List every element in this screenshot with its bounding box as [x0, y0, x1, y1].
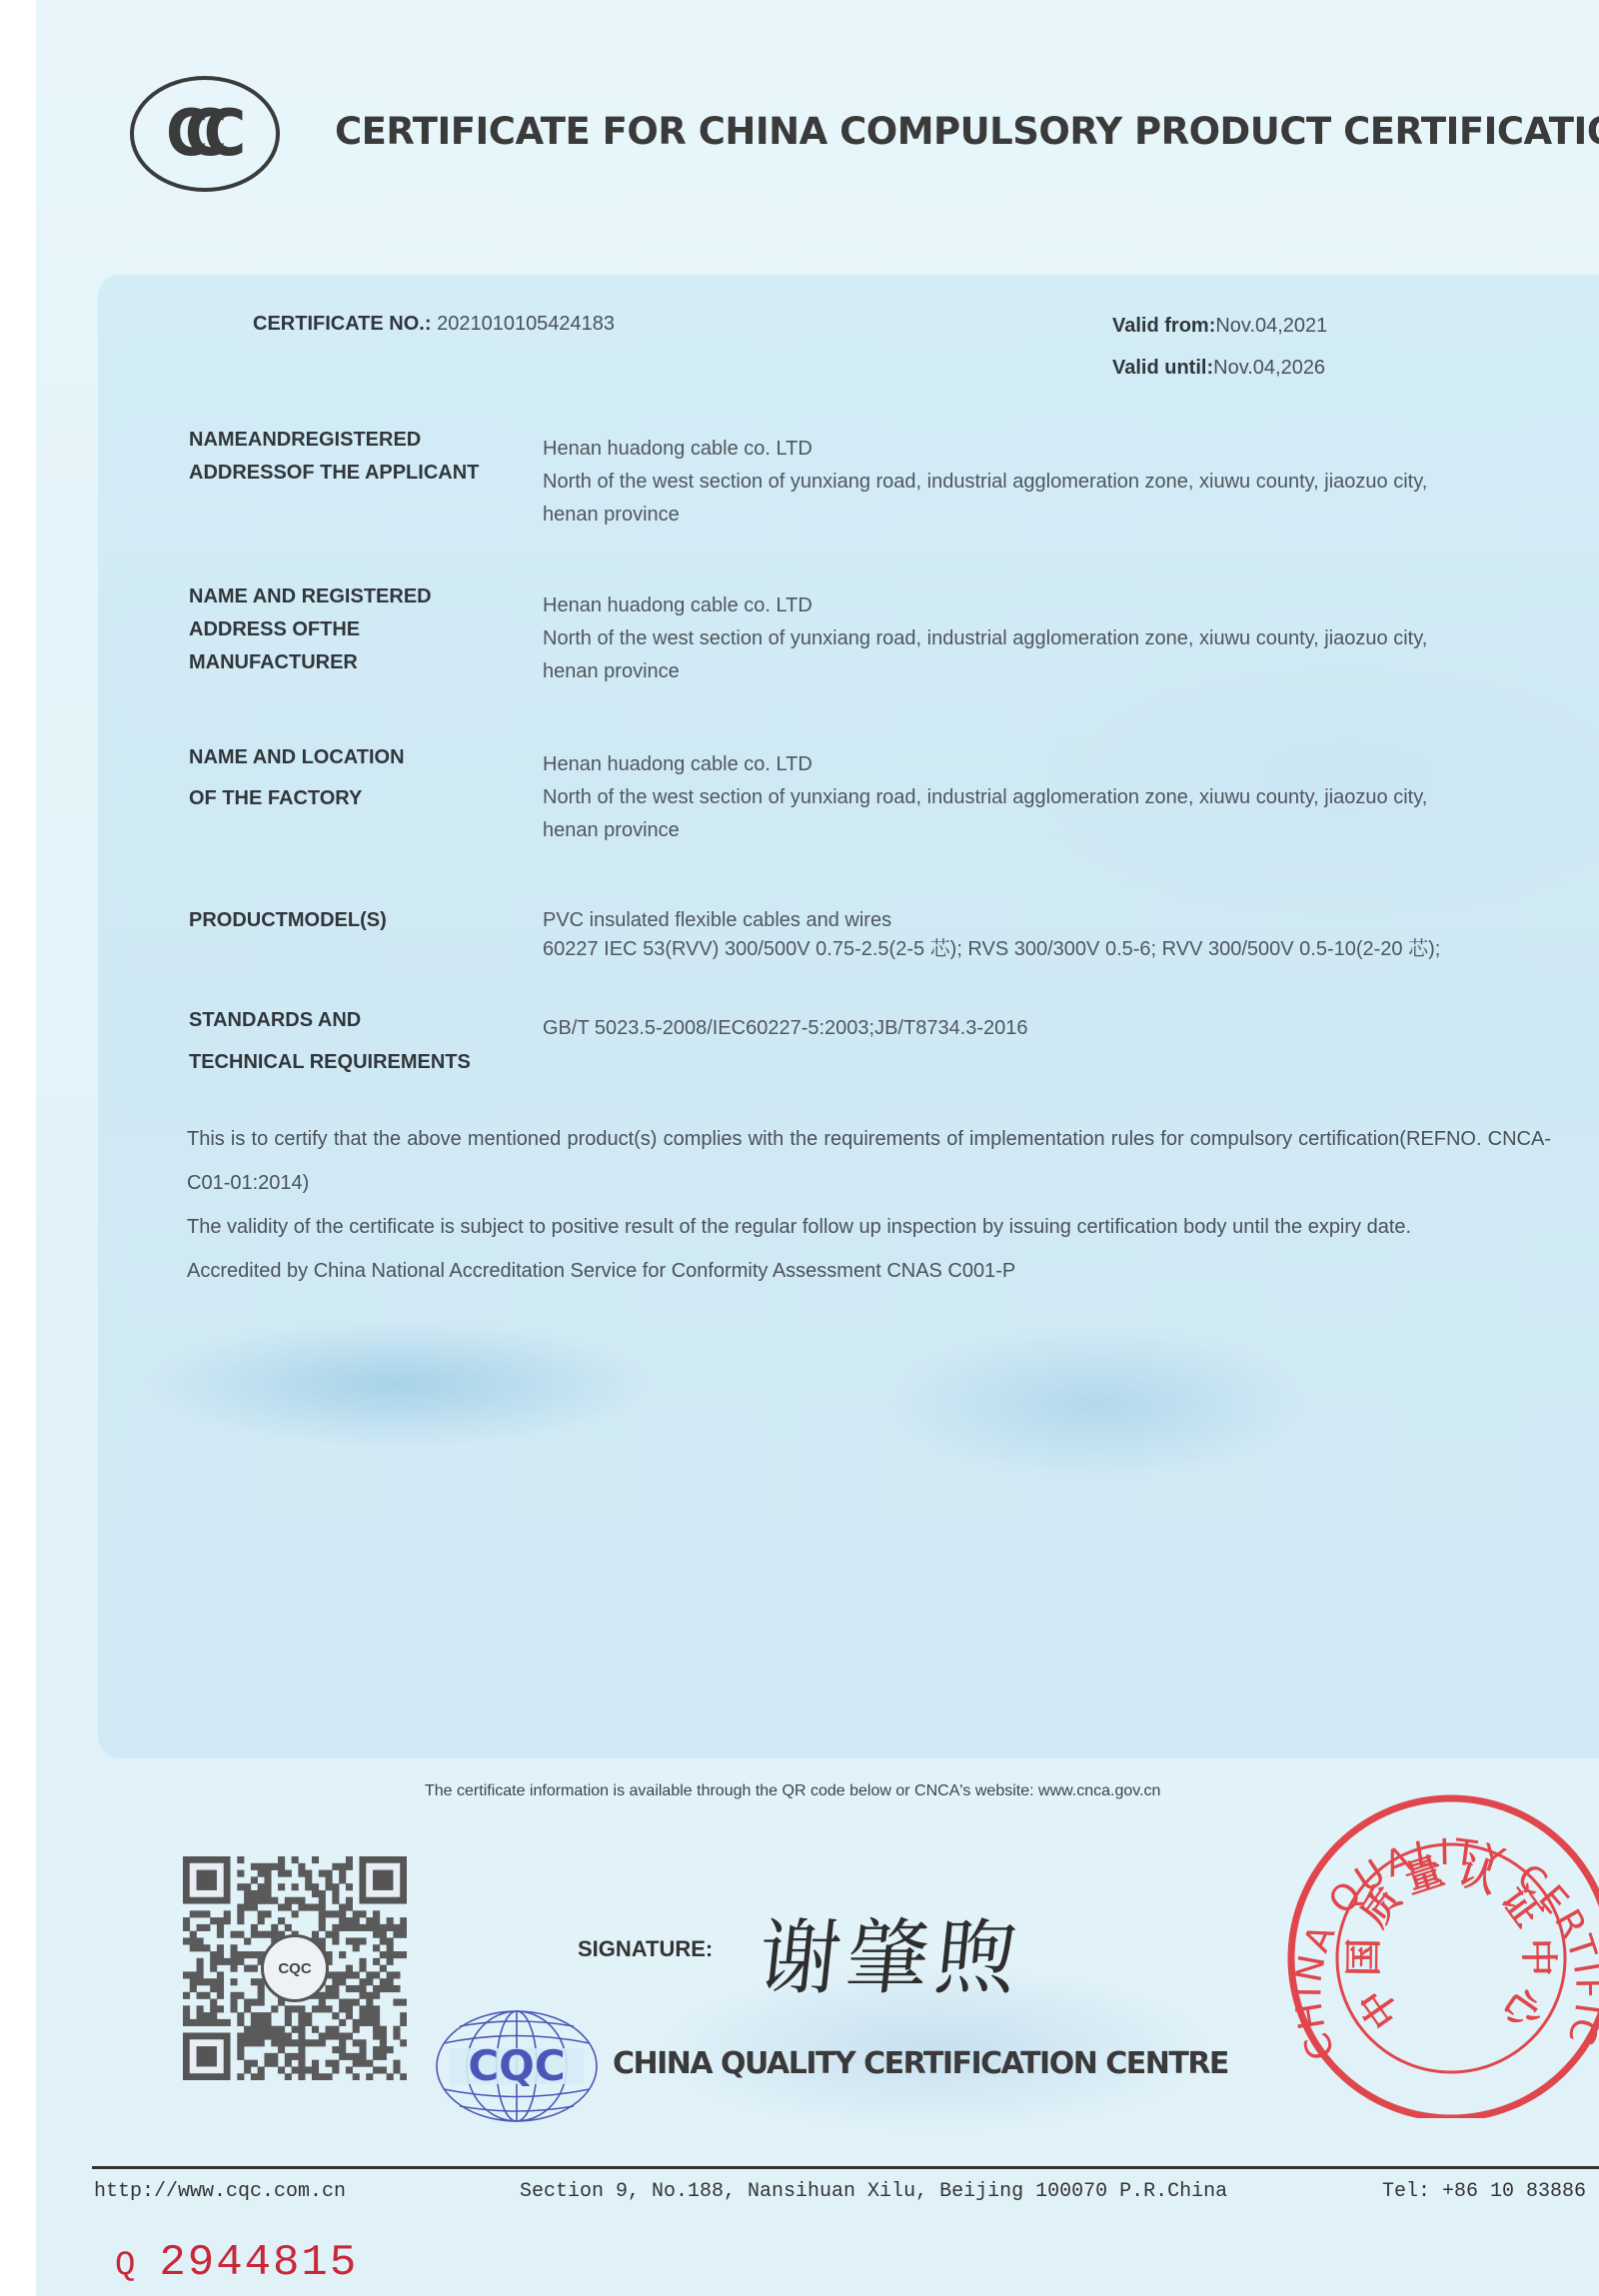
manufacturer-label: NAME AND REGISTERED ADDRESS OFTHE MANUFA… — [189, 580, 432, 679]
footer-address: Section 9, No.188, Nansihuan Xilu, Beiji… — [520, 2180, 1227, 2203]
certificate-number-value: 2021010105424183 — [437, 313, 615, 335]
applicant-label: NAMEANDREGISTERED ADDRESSOF THE APPLICAN… — [189, 424, 479, 490]
svg-text:国: 国 — [1340, 1938, 1385, 1977]
serial-prefix: Q — [115, 2247, 137, 2285]
applicant-name: Henan huadong cable co. LTD — [543, 433, 1572, 466]
product-models-value: PVC insulated flexible cables and wires … — [543, 906, 1572, 964]
serial-number: Q2944815 — [115, 2238, 358, 2288]
manufacturer-name: Henan huadong cable co. LTD — [543, 589, 1572, 622]
accreditation-statement: Accredited by China National Accreditati… — [187, 1249, 1551, 1293]
handwritten-signature: 谢肇煦 — [754, 1893, 1029, 2010]
certify-statement: This is to certify that the above mentio… — [187, 1117, 1551, 1205]
standards-value: GB/T 5023.5-2008/IEC60227-5:2003;JB/T873… — [543, 1012, 1572, 1045]
svg-text:质: 质 — [1351, 1877, 1410, 1934]
manufacturer-address-cont: henan province — [543, 655, 1572, 688]
ccc-logo-icon: CCC — [130, 76, 280, 192]
manufacturer-value: Henan huadong cable co. LTD North of the… — [543, 589, 1572, 688]
svg-text:心: 心 — [1493, 1980, 1553, 2039]
validity-statement: The validity of the certificate is subje… — [187, 1205, 1551, 1249]
qr-code[interactable]: CQC — [183, 1856, 407, 2080]
valid-from-label: Valid from: — [1112, 315, 1215, 337]
label-line: NAMEANDREGISTERED — [189, 424, 479, 457]
label-line: ADDRESSOF THE APPLICANT — [189, 457, 479, 490]
valid-from: Valid from:Nov.04,2021 — [1112, 315, 1327, 338]
valid-until-value: Nov.04,2026 — [1213, 357, 1325, 379]
product-models: 60227 IEC 53(RVV) 300/500V 0.75-2.5(2-5 … — [543, 935, 1572, 964]
certificate-title: CERTIFICATE FOR CHINA COMPULSORY PRODUCT… — [335, 110, 1599, 153]
standards-label: STANDARDS AND TECHNICAL REQUIREMENTS — [189, 999, 471, 1083]
footer-divider — [92, 2166, 1599, 2169]
factory-address: North of the west section of yunxiang ro… — [543, 781, 1572, 814]
svg-text:CQC: CQC — [468, 2041, 565, 2090]
verification-info: The certificate information is available… — [425, 1782, 1160, 1800]
label-line: NAME AND REGISTERED — [189, 580, 432, 613]
svg-text:中: 中 — [1350, 1980, 1409, 2037]
footer-telephone: Tel: +86 10 83886 — [1382, 2180, 1586, 2203]
certificate-number-label: CERTIFICATE NO.: — [253, 313, 432, 335]
label-line: TECHNICAL REQUIREMENTS — [189, 1041, 471, 1083]
issuer-name: CHINA QUALITY CERTIFICATION CENTRE — [613, 2046, 1228, 2081]
cqc-globe-logo-icon: CQC — [432, 2008, 602, 2124]
factory-name: Henan huadong cable co. LTD — [543, 748, 1572, 781]
factory-label: NAME AND LOCATION OF THE FACTORY — [189, 737, 405, 819]
official-red-seal-icon: CHINA QUALITY CERTIFICATION CENTRE 中国质量认… — [1261, 1788, 1599, 2118]
statements: This is to certify that the above mentio… — [187, 1117, 1551, 1293]
svg-text:中: 中 — [1516, 1938, 1561, 1977]
applicant-address: North of the west section of yunxiang ro… — [543, 466, 1572, 499]
manufacturer-address: North of the west section of yunxiang ro… — [543, 622, 1572, 655]
applicant-value: Henan huadong cable co. LTD North of the… — [543, 433, 1572, 532]
label-line: ADDRESS OFTHE — [189, 613, 432, 646]
applicant-address-cont: henan province — [543, 499, 1572, 532]
label-line: OF THE FACTORY — [189, 778, 405, 819]
label-line: STANDARDS AND — [189, 999, 471, 1041]
valid-until-label: Valid until: — [1112, 357, 1213, 379]
certificate-number: CERTIFICATE NO.: 2021010105424183 — [253, 313, 615, 336]
standards-list: GB/T 5023.5-2008/IEC60227-5:2003;JB/T873… — [543, 1012, 1572, 1045]
product-models-label: PRODUCTMODEL(S) — [189, 904, 387, 937]
serial-value: 2944815 — [159, 2238, 358, 2288]
signature-label: SIGNATURE: — [578, 1936, 713, 1962]
valid-until: Valid until:Nov.04,2026 — [1112, 357, 1325, 380]
factory-address-cont: henan province — [543, 814, 1572, 847]
footer-website[interactable]: http://www.cqc.com.cn — [94, 2180, 346, 2203]
product-description: PVC insulated flexible cables and wires — [543, 906, 1572, 935]
cqc-mini-logo-icon: CQC — [261, 1934, 329, 2002]
label-line: MANUFACTURER — [189, 646, 432, 679]
label-line: NAME AND LOCATION — [189, 737, 405, 778]
factory-value: Henan huadong cable co. LTD North of the… — [543, 748, 1572, 847]
label-line: PRODUCTMODEL(S) — [189, 904, 387, 937]
valid-from-value: Nov.04,2021 — [1215, 315, 1327, 337]
